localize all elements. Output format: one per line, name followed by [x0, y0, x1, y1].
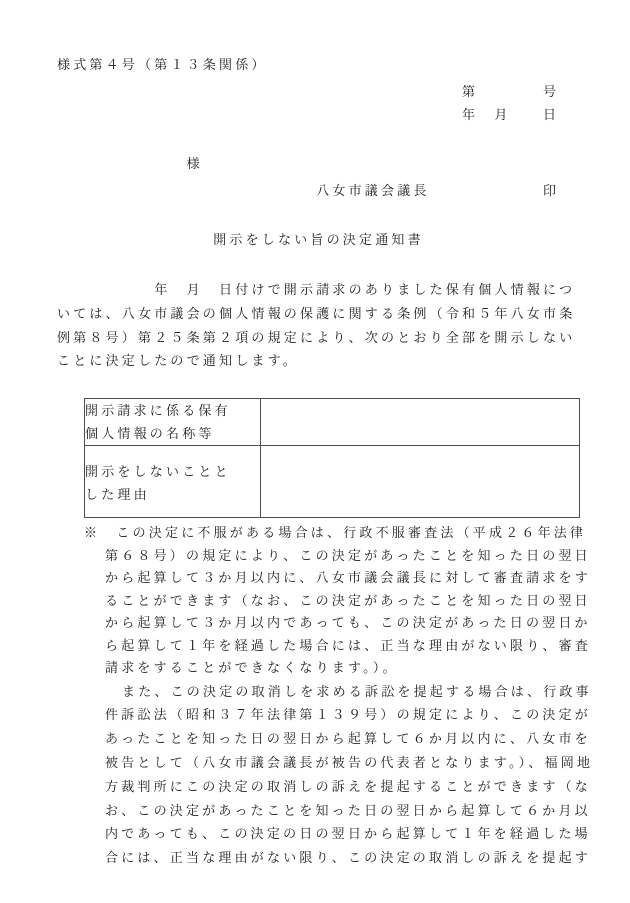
note-line: 方裁判所にこの決定の取消しの訴えを提起することができます（な — [105, 775, 580, 799]
disclosure-table: 開示請求に係る保有 個人情報の名称等 開示をしないことと した理由 — [84, 398, 580, 518]
note-line: また、この決定の取消しを求める訴訟を提起する場合は、行政事 — [122, 680, 580, 704]
table-label-line: した理由 — [85, 483, 260, 506]
note-line: あったことを知った日の翌日から起算して６か月以内に、八女市を — [105, 727, 580, 751]
note-line: 請求をすることができなくなります。）。 — [105, 657, 580, 680]
sender-line: 八女市議会議長 印 — [57, 179, 580, 203]
note-line: 第６８号）の規定により、この決定があったことを知った日の翌日 — [105, 545, 580, 568]
document-title: 開示をしない旨の決定通知書 — [57, 228, 580, 252]
table-label-reason: 開示をしないことと した理由 — [85, 446, 261, 518]
table-label-line: 開示をしないことと — [85, 460, 260, 483]
note-line: 内であっても、この決定の日の翌日から起算して１年を経過した場 — [105, 822, 580, 846]
table-value-reason — [260, 446, 579, 518]
table-label-line: 開示請求に係る保有 — [85, 399, 260, 422]
note-line: ることができます（なお、この決定があったことを知った日の翌日 — [105, 590, 580, 613]
note-line: から起算して３か月以内であっても、この決定があった日の翌日か — [105, 612, 580, 635]
document-page: 様式第４号（第１３条関係） 第 号 年 月 日 様 八女市議会議長 印 開示をし… — [0, 0, 630, 903]
form-number: 様式第４号（第１３条関係） — [57, 53, 580, 77]
date-line: 年 月 日 — [57, 103, 580, 127]
doc-number-line: 第 号 — [57, 80, 580, 104]
table-value-held-info-name — [260, 399, 579, 446]
table-row-reason: 開示をしないことと した理由 — [85, 446, 580, 518]
body-line: 年 月 日付けで開示請求のありました保有個人情報につ — [57, 278, 580, 302]
table-label-line: 個人情報の名称等 — [85, 422, 260, 445]
note-line: ら起算して１年を経過した場合には、正当な理由がない限り、審査 — [105, 635, 580, 658]
body-line: いては、八女市議会の個人情報の保護に関する条例（令和５年八女市条 — [57, 302, 580, 326]
recipient-line: 様 — [57, 152, 580, 176]
body-paragraph: 年 月 日付けで開示請求のありました保有個人情報については、八女市議会の個人情報… — [57, 278, 580, 373]
note-appeal-paragraph: ※ この決定に不服がある場合は、行政不服審査法（平成２６年法律第６８号）の規定に… — [84, 522, 580, 680]
note-line: 件訴訟法（昭和３７年法律第１３９号）の規定により、この決定が — [105, 703, 580, 727]
notes-section: ※ この決定に不服がある場合は、行政不服審査法（平成２６年法律第６８号）の規定に… — [84, 522, 580, 870]
body-line: ことに決定したので通知します。 — [57, 349, 580, 373]
body-line: 例第８号）第２５条第２項の規定により、次のとおり全部を開示しない — [57, 326, 580, 350]
note-line: 被告として（八女市議会議長が被告の代表者となります。）、福岡地 — [105, 751, 580, 775]
note-line: 合には、正当な理由がない限り、この決定の取消しの訴えを提起す — [105, 846, 580, 870]
table-row-held-info-name: 開示請求に係る保有 個人情報の名称等 — [85, 399, 580, 446]
table-label-held-info-name: 開示請求に係る保有 個人情報の名称等 — [85, 399, 261, 446]
note-line: から起算して３か月以内に、八女市議会議長に対して審査請求をす — [105, 567, 580, 590]
note-line: ※ この決定に不服がある場合は、行政不服審査法（平成２６年法律 — [84, 522, 580, 545]
note-lawsuit-paragraph: また、この決定の取消しを求める訴訟を提起する場合は、行政事件訴訟法（昭和３７年法… — [84, 680, 580, 870]
note-line: お、この決定があったことを知った日の翌日から起算して６か月以 — [105, 799, 580, 823]
